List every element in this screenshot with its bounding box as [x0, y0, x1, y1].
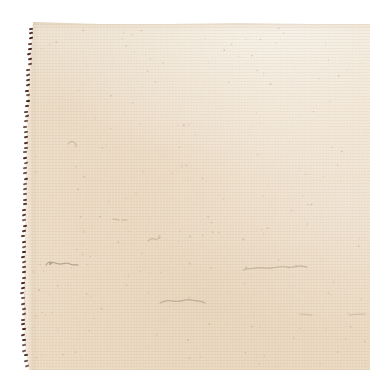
speckle-dot [210, 267, 212, 269]
pile-mark-scribble-left [46, 262, 78, 265]
speckle-dot [257, 154, 258, 155]
speckle-dot [278, 27, 280, 29]
speckle-dot [189, 263, 191, 265]
speckle-dot [158, 235, 160, 237]
speckle-dot [181, 166, 183, 168]
speckle-dot [207, 114, 208, 115]
speckle-dot [360, 298, 362, 300]
speckle-dot [35, 172, 37, 174]
speckle-dot [67, 285, 68, 286]
speckle-dot [123, 31, 125, 33]
stitch-dash [24, 110, 28, 112]
speckle-dot [245, 39, 246, 40]
speckle-dot [199, 356, 201, 358]
speckle-dot [234, 38, 235, 39]
speckle-dot [37, 214, 38, 215]
speckle-dot [38, 289, 40, 291]
speckle-dot [204, 38, 205, 39]
speckle-dot [88, 330, 89, 331]
speckle-dot [183, 124, 185, 126]
speckle-dot [345, 294, 346, 295]
speckle-dot [202, 178, 204, 180]
speckle-dot [330, 294, 331, 295]
speckle-dot [209, 323, 211, 325]
pile-mark-scribble-bottom [160, 300, 205, 303]
speckle-dot [86, 293, 88, 295]
speckle-dot [283, 32, 285, 34]
speckle-dot [122, 38, 123, 39]
speckle-dot [340, 181, 341, 182]
speckle-dot [319, 363, 320, 364]
speckle-dot [313, 111, 314, 112]
speckle-dot [78, 90, 79, 91]
speckle-dot [95, 118, 96, 119]
speckle-dot [81, 359, 82, 360]
speckle-dot [128, 275, 130, 277]
speckle-dot [350, 326, 352, 328]
speckle-dot [289, 118, 290, 119]
speckle-dot [223, 199, 225, 201]
speckle-dot [263, 73, 264, 74]
speckle-dot [329, 136, 330, 137]
speckle-dot [245, 352, 246, 353]
speckle-dot [337, 351, 339, 353]
stitch-dash [21, 318, 25, 320]
speckle-dot [45, 314, 47, 316]
speckle-dot [204, 224, 205, 225]
speckle-dot [43, 270, 45, 272]
speckle-dot [188, 124, 190, 126]
speckle-dot [178, 241, 179, 242]
speckle-dot [125, 45, 127, 47]
speckle-dot [267, 227, 269, 229]
speckle-dot [251, 55, 253, 57]
speckle-dot [159, 186, 160, 187]
speckle-dot [141, 30, 143, 32]
speckle-dot [306, 223, 308, 225]
speckle-dot [145, 54, 146, 55]
speckle-dot [90, 256, 91, 257]
speckle-dot [147, 346, 148, 347]
speckle-dot [307, 204, 309, 206]
speckle-dot [140, 124, 141, 125]
speckle-dot [329, 101, 330, 102]
speckle-dot [90, 295, 92, 297]
speckle-dot [188, 297, 190, 299]
speckle-dot [228, 82, 229, 83]
pile-mark-dash-bottom-right [350, 314, 365, 315]
speckle-dot [188, 357, 190, 359]
speckle-dot [323, 176, 325, 178]
speckle-dot [195, 134, 196, 135]
speckle-dot [154, 81, 156, 83]
speckle-dot [97, 84, 98, 85]
speckle-dot [71, 268, 72, 269]
speckle-dot [310, 174, 311, 175]
speckle-dot [91, 227, 92, 228]
speckle-dot [263, 196, 264, 197]
speckle-dot [325, 328, 327, 330]
speckle-dot [295, 67, 296, 68]
speckle-dot [49, 43, 50, 44]
speckle-dot [218, 108, 219, 109]
speckle-dot [211, 222, 212, 223]
speckle-dot [305, 173, 306, 174]
speckle-dot [162, 62, 164, 64]
speckle-dot [238, 55, 240, 57]
pile-mark-scribble-right [243, 266, 307, 270]
speckle-dot [36, 357, 37, 358]
speckle-dot [260, 122, 261, 123]
speckle-dot [311, 203, 313, 205]
speckle-dot [179, 230, 181, 232]
speckle-dot [242, 262, 243, 263]
speckle-dot [270, 202, 271, 203]
speckle-dot [99, 216, 101, 218]
speckle-dot [337, 164, 339, 166]
speckle-dot [76, 249, 78, 251]
pile-mark-curl-upper-left [68, 142, 77, 146]
speckle-dot [66, 32, 67, 33]
speckle-dot [78, 339, 79, 340]
speckle-dot [365, 361, 366, 362]
speckle-dot [136, 61, 137, 62]
speckle-dot [177, 125, 179, 127]
speckle-dot [83, 176, 85, 178]
speckle-dot [251, 325, 253, 327]
speckle-dot [360, 62, 361, 63]
speckle-dot [93, 318, 94, 319]
speckle-dot [348, 313, 349, 314]
speckle-dot [187, 179, 188, 180]
speckle-dot [160, 320, 161, 321]
speckle-dot [260, 327, 261, 328]
speckle-dot [139, 271, 140, 272]
stitch-dash [20, 291, 24, 294]
speckle-dot [302, 195, 303, 196]
speckle-dot [51, 312, 53, 314]
speckle-dot [357, 42, 358, 43]
speckle-dot [290, 307, 291, 308]
speckle-dot [179, 213, 180, 214]
speckle-dot [174, 170, 175, 171]
speckle-dot [132, 102, 134, 104]
speckle-dot [160, 272, 161, 273]
speckle-dot [208, 63, 209, 64]
speckle-dot [117, 241, 119, 243]
speckle-dot [51, 367, 52, 368]
speckle-dot [87, 264, 89, 266]
speckle-dot [218, 232, 220, 234]
speckle-dot [148, 272, 149, 273]
speckle-dot [187, 339, 189, 341]
speckle-dot [145, 256, 146, 257]
speckle-dot [347, 69, 348, 70]
speckle-dot [147, 71, 149, 73]
speckle-dot [300, 168, 301, 169]
speckle-dot [86, 65, 87, 66]
stitch-dash [21, 235, 25, 237]
speckle-dot [185, 164, 187, 166]
speckle-dot [83, 84, 84, 85]
speckle-dot [55, 41, 57, 43]
speckle-dot [110, 128, 112, 130]
speckle-dot [341, 151, 343, 153]
speckle-dot [267, 185, 268, 186]
speckle-dot [110, 95, 112, 97]
speckle-dot [57, 285, 58, 286]
speckle-dot [231, 44, 233, 46]
stitch-dash [21, 323, 25, 325]
rug-product-photo [0, 0, 370, 370]
speckle-dot [241, 110, 242, 111]
speckle-dot [275, 42, 277, 44]
speckle-dot [358, 246, 360, 248]
speckle-dot [55, 36, 56, 37]
speckle-dot [207, 216, 209, 218]
speckle-dot [345, 338, 346, 339]
speckle-dot [325, 43, 326, 44]
speckle-dot [131, 34, 132, 35]
speckle-dot [41, 354, 42, 355]
speckle-dot [241, 317, 242, 318]
speckle-dot [145, 160, 146, 161]
speckle-dot [245, 267, 247, 269]
speckle-dot [165, 116, 166, 117]
speckle-dot [108, 201, 109, 202]
speckle-dot [244, 283, 245, 284]
speckle-dot [226, 184, 227, 185]
speckle-dot [102, 147, 103, 148]
speckle-dot [290, 210, 292, 212]
speckle-dot [289, 225, 290, 226]
speckle-dot [79, 325, 80, 326]
speckle-dot [49, 294, 50, 295]
speckle-dot [256, 112, 257, 113]
speckle-dot [260, 39, 261, 40]
speckle-dot [303, 331, 304, 332]
speckle-dot [295, 265, 297, 267]
speckle-dot [126, 198, 127, 199]
speckle-dot [32, 271, 34, 273]
speckle-dot [242, 238, 244, 240]
speckle-dot [82, 253, 84, 255]
speckle-dot [129, 231, 130, 232]
rug [0, 0, 370, 370]
speckle-dot [338, 75, 340, 77]
speckle-dot [141, 86, 142, 87]
pile-mark-dash-pair [113, 219, 127, 220]
speckle-dot [106, 144, 107, 145]
speckle-dot [321, 261, 322, 262]
speckle-dot [189, 235, 191, 237]
speckle-dot [348, 166, 349, 167]
speckle-dot [328, 59, 329, 60]
speckle-dot [134, 52, 135, 53]
pile-mark-curl-mid [148, 238, 160, 241]
speckle-dot [263, 233, 265, 235]
speckle-dot [289, 142, 290, 143]
speckle-dot [258, 363, 259, 364]
speckle-dot [39, 263, 41, 265]
speckle-dot [40, 328, 41, 329]
speckle-dot [212, 231, 214, 233]
speckle-dot [126, 285, 127, 286]
speckle-dot [77, 188, 79, 190]
speckle-dot [62, 354, 63, 355]
speckle-dot [80, 216, 81, 217]
speckle-dot [253, 314, 254, 315]
speckle-dot [359, 238, 360, 239]
speckle-dot [223, 49, 225, 51]
speckle-dot [146, 231, 147, 232]
speckle-dot [311, 284, 312, 285]
speckle-dot [32, 327, 33, 328]
speckle-dot [277, 259, 279, 261]
speckle-dot [41, 312, 43, 314]
speckle-dot [141, 253, 143, 255]
speckle-dot [156, 334, 158, 336]
speckle-dot [263, 355, 265, 357]
speckle-dot [143, 217, 144, 218]
speckle-dot [82, 29, 84, 31]
speckle-dot [142, 171, 143, 172]
speckle-dot [288, 267, 290, 269]
speckle-dot [57, 329, 58, 330]
speckle-dot [135, 193, 136, 194]
speckle-dot [82, 52, 83, 53]
speckle-dot [150, 58, 152, 60]
speckle-dot [364, 341, 366, 343]
speckle-dot [35, 156, 36, 157]
speckle-dot [75, 351, 77, 353]
speckle-dot [83, 230, 84, 231]
speckle-dot [333, 281, 334, 282]
speckle-dot [148, 292, 150, 294]
speckle-dot [100, 137, 101, 138]
speckle-dot [339, 275, 340, 276]
speckle-dot [269, 83, 271, 85]
speckle-dot [35, 315, 37, 317]
speckle-dot [261, 229, 263, 231]
speckle-dot [171, 173, 172, 174]
speckle-dot [329, 76, 330, 77]
speckle-dot [256, 70, 258, 72]
speckle-dot [41, 48, 43, 50]
speckle-dot [75, 166, 77, 168]
speckle-dot [66, 338, 67, 339]
speckle-dot [241, 57, 242, 58]
pile-marks-layer [0, 0, 370, 370]
speckle-dot [259, 324, 260, 325]
speckle-dot [318, 78, 319, 79]
stitch-dash [29, 27, 33, 29]
speckle-dot [169, 306, 170, 307]
speckle-dot [83, 231, 85, 233]
speckle-dot [331, 147, 332, 148]
speckle-dot [61, 343, 62, 344]
speckle-dot [202, 234, 203, 235]
speckle-dot [300, 328, 301, 329]
speckle-dot [293, 337, 294, 338]
speckle-dot [123, 112, 124, 113]
speckle-dot [101, 308, 103, 310]
speckle-dot [178, 146, 180, 148]
pile-mark-dash-bottom-left [300, 314, 312, 315]
speckle-dot [291, 186, 292, 187]
speckle-dot [338, 182, 339, 183]
speckle-dot [328, 292, 329, 293]
